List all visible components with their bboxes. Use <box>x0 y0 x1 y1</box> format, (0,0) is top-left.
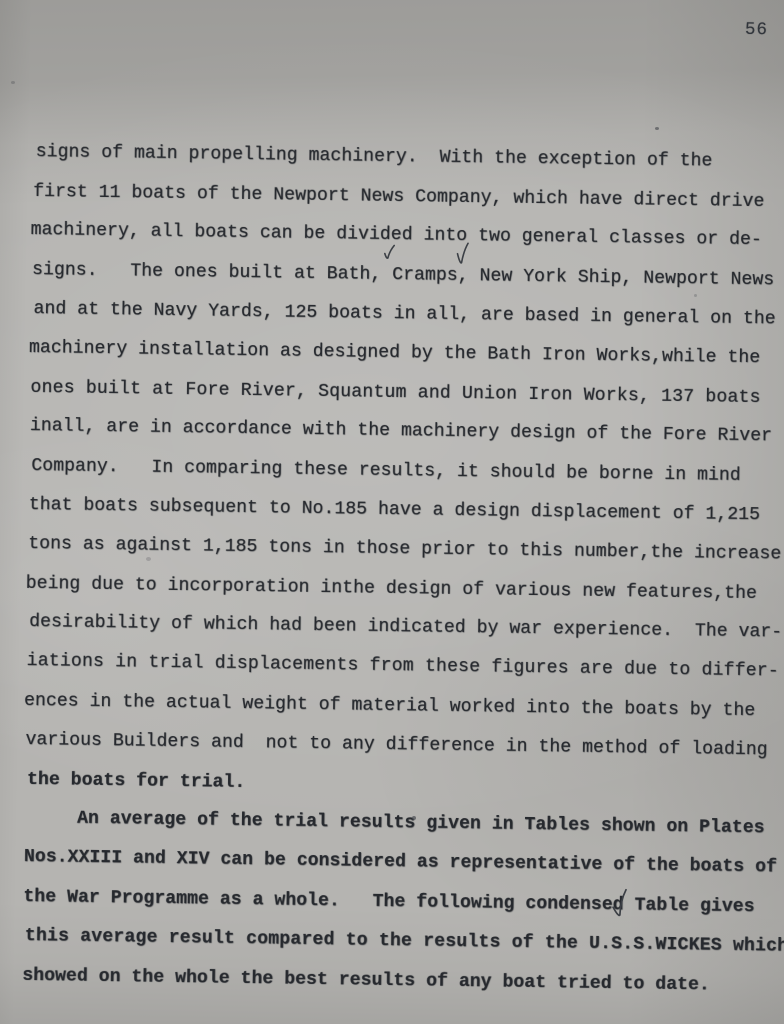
scanned-document-page: 56 signs of main propelling machinery. W… <box>0 0 784 1024</box>
scan-speck <box>146 557 151 561</box>
scan-speck <box>412 816 416 820</box>
checkmark-icon <box>609 888 630 921</box>
checkmark-icon <box>382 242 397 261</box>
checkmark-icon <box>454 241 470 268</box>
page-number: 56 <box>745 20 768 40</box>
scan-speck <box>655 127 659 130</box>
typewritten-text-block: signs of main propelling machinery. With… <box>22 133 784 1006</box>
scan-speck <box>11 81 15 84</box>
scan-speck <box>694 294 697 297</box>
